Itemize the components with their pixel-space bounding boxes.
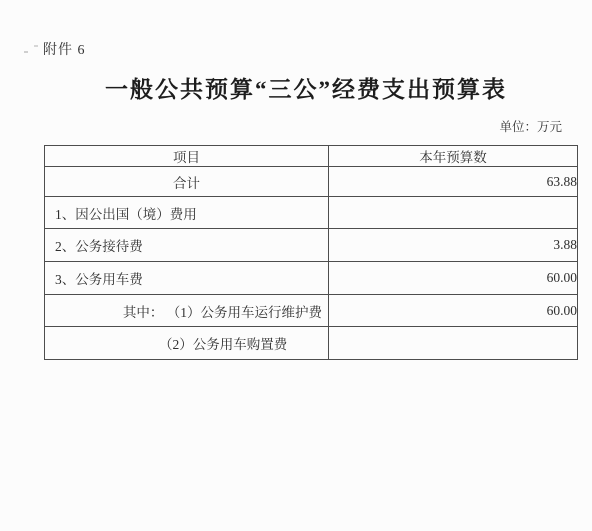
table-row: 1、因公出国（境）费用: [45, 197, 578, 229]
value-cell: 60.00: [329, 262, 578, 295]
table-row: 2、公务接待费 3.88: [45, 229, 578, 262]
value-cell: [329, 327, 578, 360]
table-header-amount: 本年预算数: [329, 146, 578, 167]
page-title: 一般公共预算“三公”经费支出预算表: [0, 71, 592, 104]
scan-noise-mark: [24, 51, 28, 53]
item-cell: 1、因公出国（境）费用: [45, 197, 329, 229]
item-cell: 2、公务接待费: [45, 229, 329, 262]
item-cell: （2）公务用车购置费: [45, 327, 329, 360]
table-row: （2）公务用车购置费: [45, 327, 578, 360]
value-cell: 60.00: [329, 295, 578, 327]
budget-table: 项目 本年预算数 合计 63.88 1、因公出国（境）费用 2、公务接待费 3.…: [44, 145, 578, 360]
value-cell: 63.88: [329, 167, 578, 197]
item-cell: 合计: [45, 167, 329, 197]
scan-noise-mark: [34, 45, 38, 47]
item-cell: 3、公务用车费: [45, 262, 329, 295]
table-header-item: 项目: [45, 146, 329, 167]
value-cell: 3.88: [329, 229, 578, 262]
table-row: 其中： （1）公务用车运行维护费 60.00: [45, 295, 578, 327]
table-header-row: 项目 本年预算数: [45, 146, 578, 167]
value-cell: [329, 197, 578, 229]
item-cell: 其中： （1）公务用车运行维护费: [45, 295, 329, 327]
table-row: 合计 63.88: [45, 167, 578, 197]
table-row: 3、公务用车费 60.00: [45, 262, 578, 295]
attachment-label: 附件 6: [43, 39, 86, 59]
unit-label: 单位：万元: [499, 117, 562, 135]
